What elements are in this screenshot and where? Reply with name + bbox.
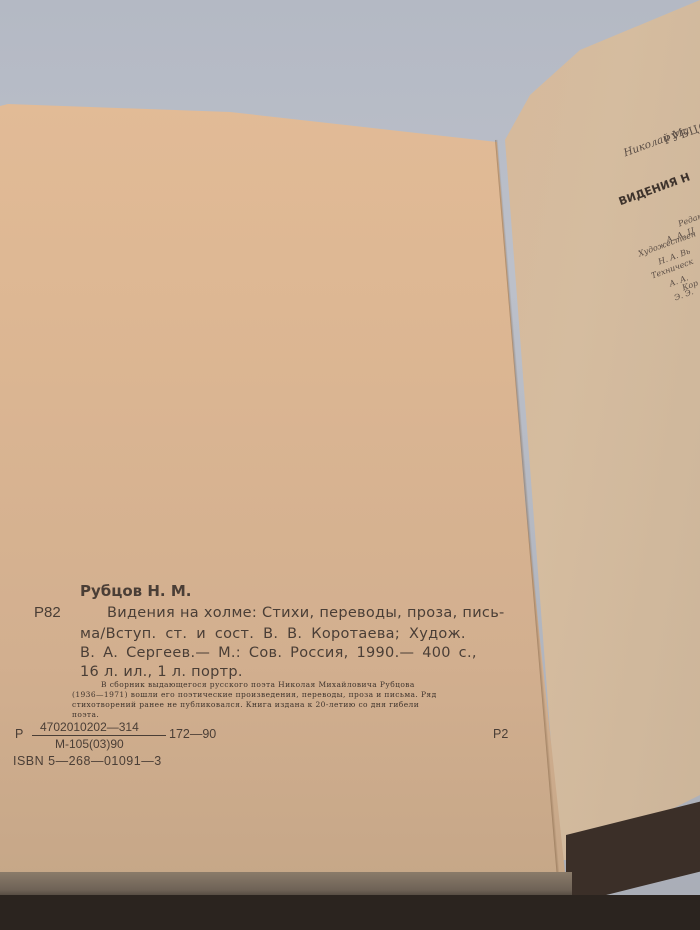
record-line: ма/Вступ. ст. и сост. В. В. Коротаева; Х…: [80, 626, 466, 642]
annotation-line: В сборник выдающегося русского поэта Ник…: [101, 680, 415, 689]
book-cover: [0, 895, 700, 930]
classification-numerator: 4702010202—314: [40, 720, 139, 734]
fraction-bar: [32, 735, 166, 736]
author-heading: Рубцов Н. М.: [80, 582, 191, 600]
isbn: ISBN 5—268—01091—3: [13, 754, 162, 768]
annotation-line: стихотворений ранее не публиковался. Кни…: [72, 700, 419, 709]
udc-code: Р82: [34, 604, 61, 621]
annotation-line: (1936—1971) вошли его поэтические произв…: [72, 690, 437, 699]
record-line: Видения на холме: Стихи, переводы, проза…: [107, 605, 505, 621]
classification-suffix: 172—90: [169, 727, 216, 741]
bbk-code: Р2: [493, 727, 508, 741]
classification-denominator: М-105(03)90: [55, 737, 124, 751]
record-line: В. А. Сергеев.— М.: Сов. Россия, 1990.— …: [80, 645, 477, 661]
classification-prefix: Р: [15, 727, 23, 741]
annotation-line: поэта.: [72, 710, 99, 719]
record-line: 16 л. ил., 1 л. портр.: [80, 664, 243, 680]
